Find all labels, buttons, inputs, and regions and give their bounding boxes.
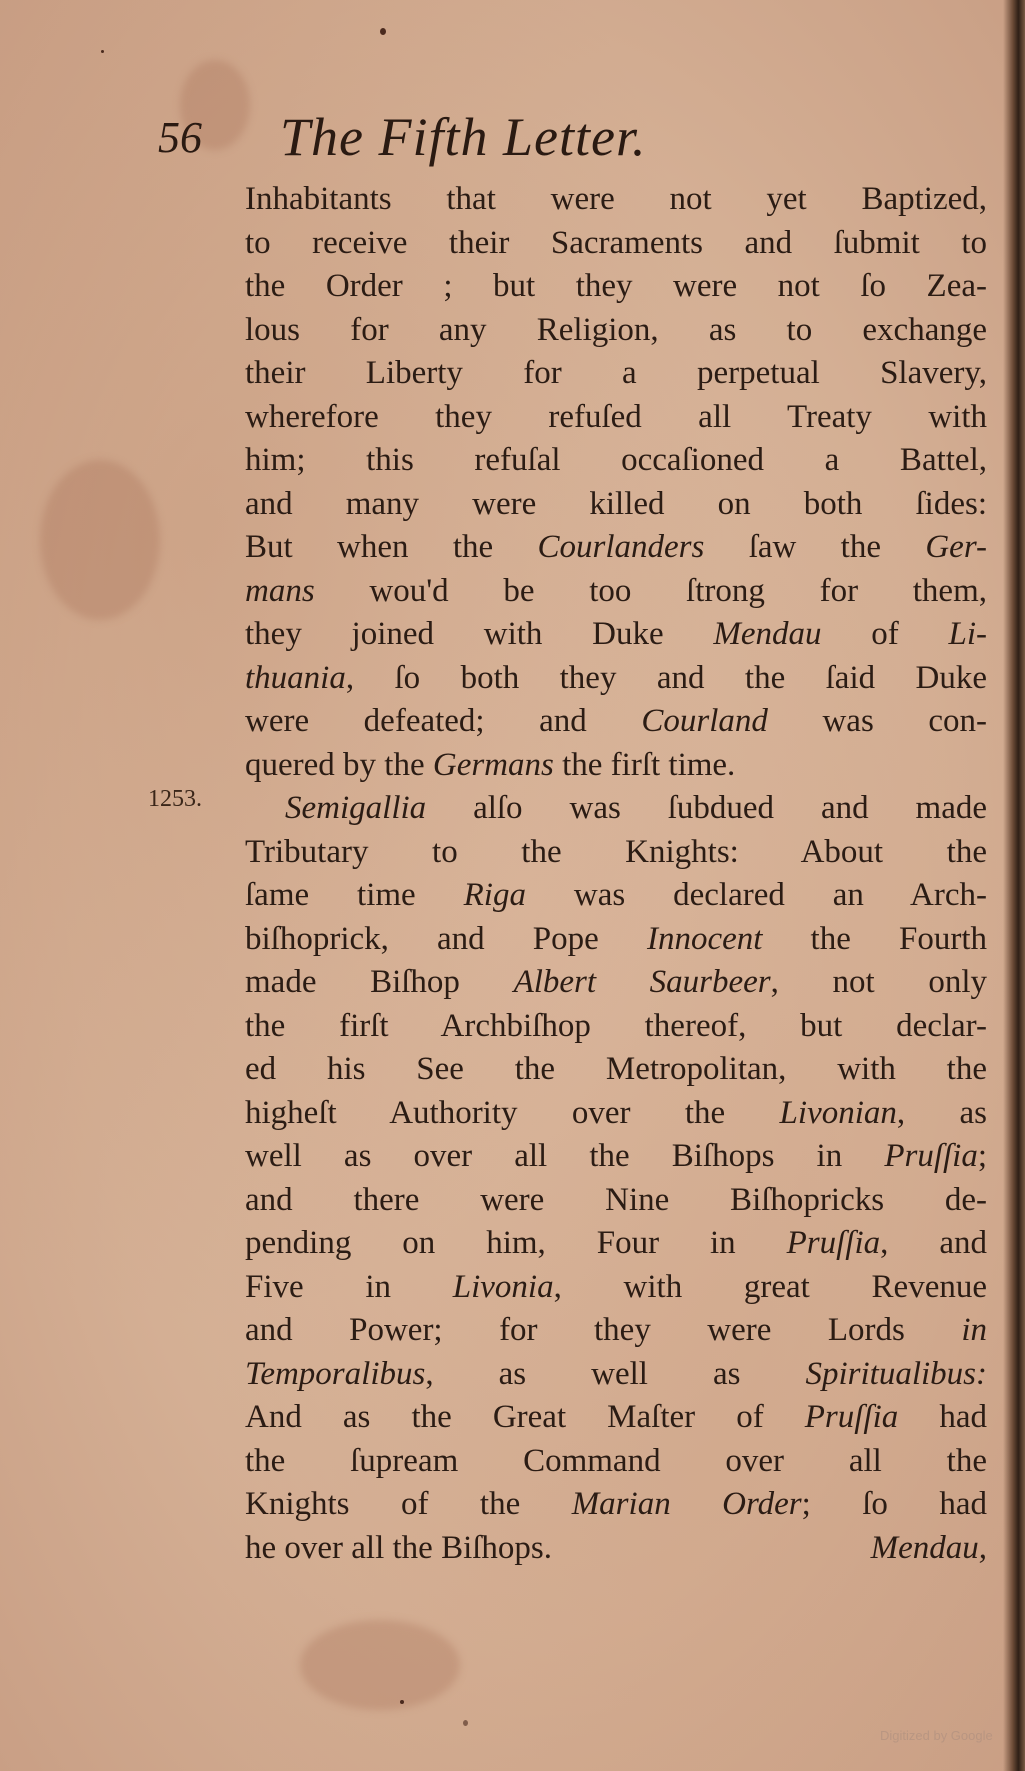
text-segment: and Power; for they were Lords [245, 1312, 961, 1348]
ink-fleck [101, 50, 104, 53]
italic-text: Innocent [647, 921, 762, 957]
text-line: But when the Courlanders ſaw the Ger- [245, 526, 987, 570]
text-segment: quered by the [245, 747, 433, 783]
text-segment: their Liberty for a perpetual Slavery, [245, 355, 987, 391]
text-segment: well as over all the Biſhops in [245, 1138, 884, 1174]
text-segment: ; [978, 1138, 987, 1174]
text-segment: was con- [768, 703, 987, 739]
italic-text: Courland [641, 703, 768, 739]
italic-text: Pruſſia [884, 1138, 978, 1174]
text-segment: the ſupream Command over all the [245, 1443, 987, 1479]
italic-text: in [961, 1312, 987, 1348]
text-line: Tributary to the Knights: About the [245, 831, 987, 875]
text-line: were defeated; and Courland was con- [245, 700, 987, 744]
text-line: Knights of the Marian Order; ſo had [245, 1483, 987, 1527]
book-page: 56 The Fifth Letter. 1253. Inhabitants t… [0, 0, 1025, 1771]
text-line: their Liberty for a perpetual Slavery, [245, 352, 987, 396]
text-segment: ed his See the Metropolitan, with the [245, 1051, 987, 1087]
text-line: ed his See the Metropolitan, with the [245, 1048, 987, 1092]
text-segment: ; ſo had [802, 1486, 987, 1522]
text-segment: , ſo both they and the ſaid Duke [346, 660, 987, 696]
italic-text: Livonia [453, 1269, 554, 1305]
text-segment: the Order ; but they were not ſo Zea- [245, 268, 987, 304]
text-segment: was declared an Arch- [526, 877, 987, 913]
text-segment: and there were Nine Biſhopricks de- [245, 1182, 987, 1218]
text-line: well as over all the Biſhops in Pruſſia; [245, 1135, 987, 1179]
italic-text: Albert Saurbeer [514, 964, 771, 1000]
text-segment: lous for any Religion, as to exchange [245, 312, 987, 348]
text-segment: But when the [245, 529, 538, 565]
italic-text: Spiritualibus: [805, 1356, 987, 1392]
text-line: mans wou'd be too ſtrong for them, [245, 570, 987, 614]
text-segment: , as [897, 1095, 987, 1131]
paper-stain [40, 460, 160, 620]
text-line: Five in Livonia, with great Revenue [245, 1266, 987, 1310]
italic-text: Riga [464, 877, 526, 913]
text-line: Semigallia alſo was ſubdued and made [245, 787, 987, 831]
text-segment: and many were killed on both ſides: [245, 486, 987, 522]
text-line: quered by the Germans the firſt time. [245, 744, 987, 788]
text-line: Temporalibus, as well as Spiritualibus: [245, 1353, 987, 1397]
text-segment: , and [880, 1225, 987, 1261]
text-segment: made Biſhop [245, 964, 514, 1000]
text-line: higheſt Authority over the Livonian, as [245, 1092, 987, 1136]
text-segment: had [898, 1399, 987, 1435]
text-segment: alſo was ſubdued and made [426, 790, 987, 826]
text-segment: he over all the Biſhops. [245, 1530, 552, 1566]
italic-text: thuania [245, 660, 346, 696]
text-line: and Power; for they were Lords in [245, 1309, 987, 1353]
italic-text: Semigallia [285, 790, 426, 826]
italic-text: Mendau [713, 616, 821, 652]
italic-text: Ger- [925, 529, 987, 565]
text-line: him; this refuſal occaſioned a Battel, [245, 439, 987, 483]
digitization-watermark: Digitized by Google [880, 1728, 993, 1743]
text-line: wherefore they refuſed all Treaty with [245, 396, 987, 440]
text-segment: the firſt Archbiſhop thereof, but declar… [245, 1008, 987, 1044]
italic-text: Courlanders [538, 529, 705, 565]
text-line: thuania, ſo both they and the ſaid Duke [245, 657, 987, 701]
italic-text: Pruſſia [805, 1399, 899, 1435]
text-segment: of [822, 616, 949, 652]
text-line: the ſupream Command over all the [245, 1440, 987, 1484]
margin-note-year: 1253. [148, 786, 202, 813]
text-line: to receive their Sacraments and ſubmit t… [245, 222, 987, 266]
italic-text: Marian Order [572, 1486, 802, 1522]
text-line: lous for any Religion, as to exchange [245, 309, 987, 353]
text-line: and there were Nine Biſhopricks de- [245, 1179, 987, 1223]
text-segment: him; this refuſal occaſioned a Battel, [245, 442, 987, 478]
text-segment: , with great Revenue [554, 1269, 987, 1305]
text-line: made Biſhop Albert Saurbeer, not only [245, 961, 987, 1005]
ink-fleck [463, 1720, 468, 1726]
text-segment: , as well as [425, 1356, 805, 1392]
italic-text: Livonian [780, 1095, 897, 1131]
text-line: And as the Great Maſter of Pruſſia had [245, 1396, 987, 1440]
text-line: ſame time Riga was declared an Arch- [245, 874, 987, 918]
book-spine-edge [1003, 0, 1025, 1771]
paper-stain [300, 1620, 460, 1710]
text-line: and many were killed on both ſides: [245, 483, 987, 527]
text-segment: Five in [245, 1269, 453, 1305]
text-segment: And as the Great Maſter of [245, 1399, 805, 1435]
running-title: The Fifth Letter. [280, 106, 647, 168]
page-number: 56 [158, 112, 202, 163]
text-segment: to receive their Sacraments and ſubmit t… [245, 225, 987, 261]
text-line: pending on him, Four in Pruſſia, and [245, 1222, 987, 1266]
text-line: the firſt Archbiſhop thereof, but declar… [245, 1005, 987, 1049]
ink-fleck [400, 1700, 404, 1704]
italic-text: Temporalibus [245, 1356, 425, 1392]
text-segment: ſaw the [704, 529, 925, 565]
text-line: biſhoprick, and Pope Innocent the Fourth [245, 918, 987, 962]
italic-text: Germans [433, 747, 554, 783]
catchword: Mendau, [871, 1527, 987, 1571]
text-segment: , not only [771, 964, 987, 1000]
text-segment: wou'd be too ſtrong for them, [315, 573, 987, 609]
text-segment: Inhabitants that were not yet Baptized, [245, 181, 987, 217]
text-segment: the firſt time. [554, 747, 735, 783]
text-line: they joined with Duke Mendau of Li- [245, 613, 987, 657]
ink-fleck [380, 28, 386, 35]
text-segment: they joined with Duke [245, 616, 713, 652]
page-header: 56 The Fifth Letter. [0, 100, 1025, 170]
italic-text: Pruſſia [787, 1225, 881, 1261]
text-line: Inhabitants that were not yet Baptized, [245, 178, 987, 222]
text-segment: ſame time [245, 877, 464, 913]
text-segment: Knights of the [245, 1486, 572, 1522]
text-line: the Order ; but they were not ſo Zea- [245, 265, 987, 309]
text-segment: the Fourth [762, 921, 987, 957]
text-segment: Tributary to the Knights: About the [245, 834, 987, 870]
text-segment: were defeated; and [245, 703, 641, 739]
italic-text: mans [245, 573, 315, 609]
text-segment: biſhoprick, and Pope [245, 921, 647, 957]
text-line: he over all the Biſhops.Mendau, [245, 1527, 987, 1571]
text-segment: higheſt Authority over the [245, 1095, 780, 1131]
body-text: Inhabitants that were not yet Baptized,t… [245, 178, 987, 1570]
italic-text: Li- [948, 616, 987, 652]
text-segment: wherefore they refuſed all Treaty with [245, 399, 987, 435]
text-segment: pending on him, Four in [245, 1225, 787, 1261]
